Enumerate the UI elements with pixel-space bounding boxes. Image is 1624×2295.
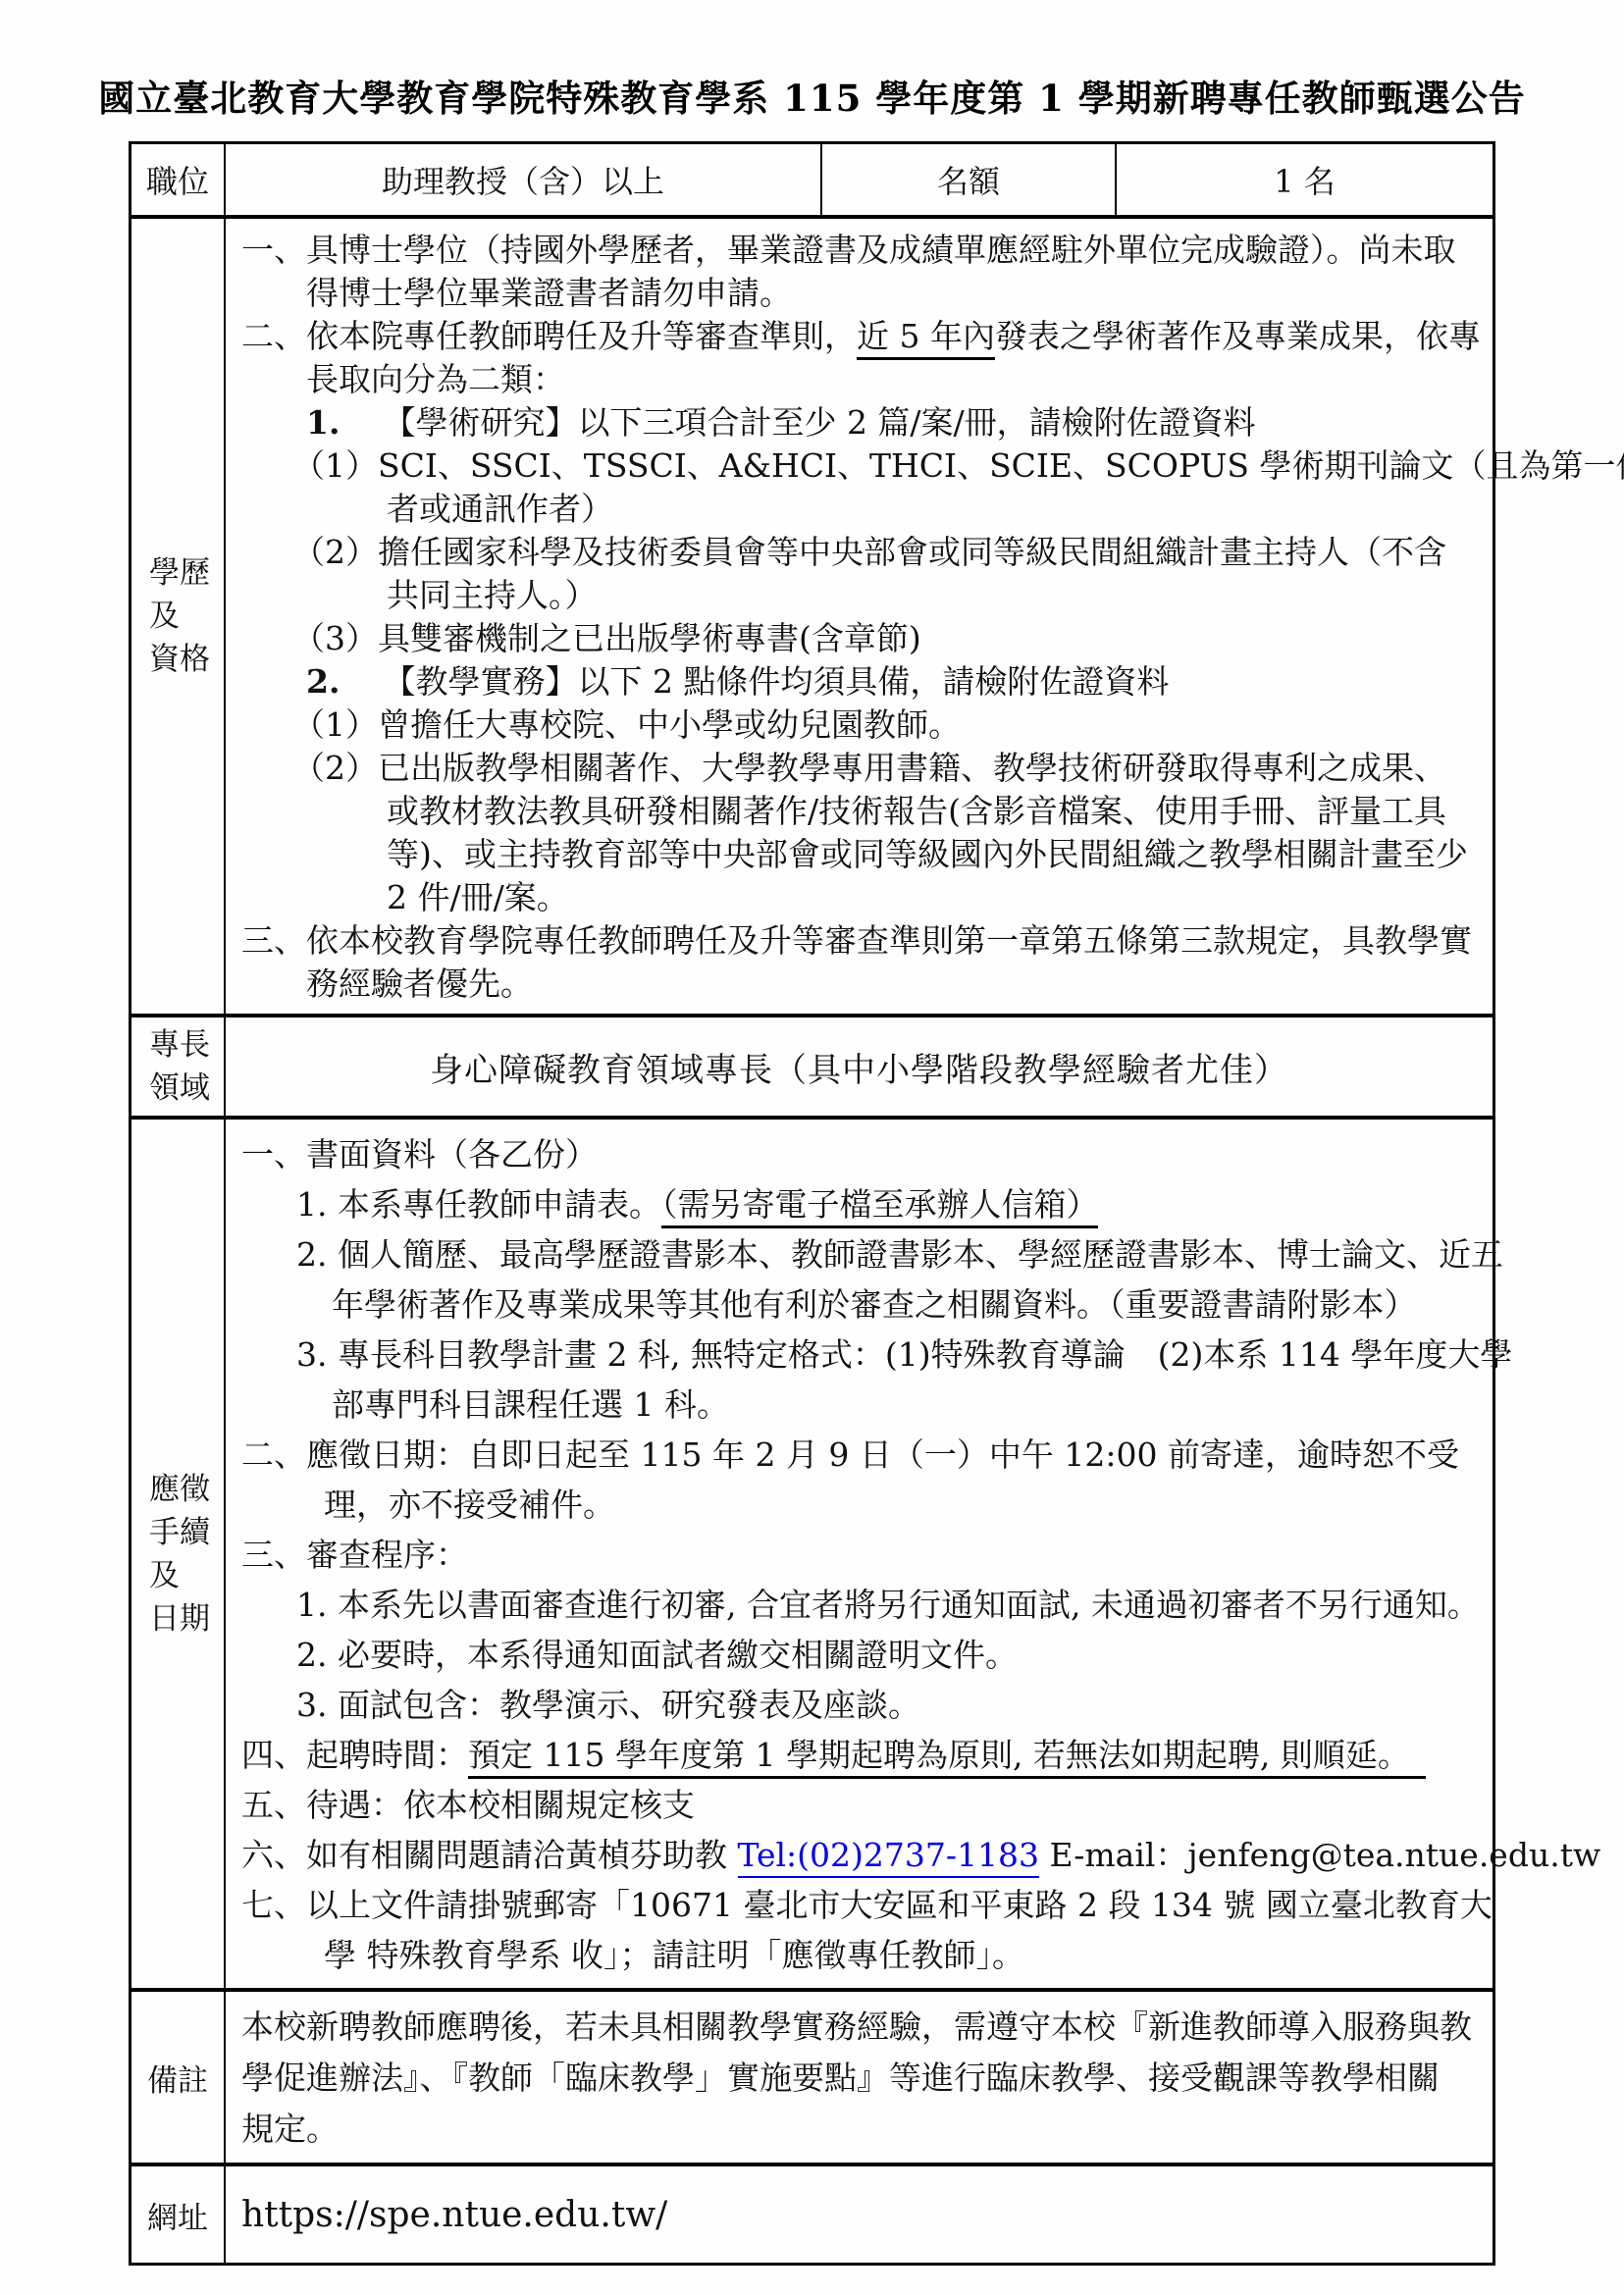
text-line: 五、待遇：依本校相關規定核支 (241, 1780, 1600, 1830)
text-segment: 等)、或主持教育部等中央部會或同等級國內外民間組織之教學相關計畫至少 (387, 835, 1468, 873)
text-segment: 年學術著作及專業成果等其他有利於審查之相關資料。（重要證書請附影本） (332, 1285, 1417, 1324)
text-line: 規定。 (241, 2104, 1479, 2155)
underlined-text: 預定 115 學年度第 1 學期起聘為原則, 若無法如期起聘, 則順延。 (468, 1736, 1426, 1779)
text-segment: 2. 必要時，本系得通知面試者繳交相關證明文件。 (296, 1636, 1018, 1674)
quota-label: 名額 (822, 144, 1117, 215)
announcement-table: 職位 助理教授（含）以上 名額 1 名 學歷及資格 一、具博士學位（持國外學歷者… (129, 141, 1495, 2266)
text-segment: 三、依本校教育學院專任教師聘任及升等審查準則第一章第五條第三款規定，具教學實 (241, 921, 1472, 960)
text-line: （3）具雙審機制之已出版學術專書(含章節) (292, 617, 1624, 660)
application-content: 一、書面資料（各乙份）1. 本系專任教師申請表。（需另寄電子檔至承辦人信箱）2.… (226, 1120, 1614, 1988)
specialty-label: 專長領域 (131, 1017, 226, 1116)
text-segment: 部專門科目課程任選 1 科。 (332, 1385, 729, 1424)
specialty-content: 身心障礙教育領域專長（具中小學階段教學經驗者尤佳） (226, 1017, 1493, 1116)
tel-link[interactable]: Tel:(02)2737-1183 (738, 1836, 1040, 1878)
text-line: 本校新聘教師應聘後，若未具相關教學實務經驗，需遵守本校『新進教師導入服務與教 (241, 2002, 1479, 2053)
text-segment: 七、以上文件請掛號郵寄「10671 臺北市大安區和平東路 2 段 134 號 國… (241, 1886, 1493, 1924)
text-segment: 者或通訊作者） (387, 490, 613, 528)
text-line: （1）曾擔任大專校院、中小學或幼兒園教師。 (292, 704, 1624, 747)
qualifications-row: 學歷及資格 一、具博士學位（持國外學歷者，畢業證書及成績單應經駐外單位完成驗證）… (131, 215, 1493, 1014)
text-line: 2.【教學實務】以下 2 點條件均須具備，請檢附佐證資料 (306, 660, 1624, 704)
text-segment: 二、依本院專任教師聘任及升等審查準則， (241, 317, 857, 355)
text-line: 三、審查程序： (241, 1530, 1600, 1580)
text-line: 3. 面試包含：教學演示、研究發表及座談。 (296, 1680, 1600, 1730)
position-value: 助理教授（含）以上 (226, 144, 822, 215)
text-segment: 2 件/冊/案。 (387, 878, 569, 916)
text-line: 者或通訊作者） (387, 488, 1624, 531)
text-segment: 3. 面試包含：教學演示、研究發表及座談。 (296, 1686, 920, 1724)
qualifications-content: 一、具博士學位（持國外學歷者，畢業證書及成績單應經駐外單位完成驗證）。尚未取得博… (226, 219, 1624, 1014)
text-segment: （1）曾擔任大專校院、中小學或幼兒園教師。 (292, 705, 961, 744)
text-segment: 一、具博士學位（持國外學歷者，畢業證書及成績單應經駐外單位完成驗證）。尚未取 (241, 231, 1456, 269)
text-line: （1）SCI、SSCI、TSSCI、A&HCI、THCI、SCIE、SCOPUS… (292, 444, 1624, 488)
text-line: 得博士學位畢業證書者請勿申請。 (306, 272, 1624, 315)
text-segment: 3. 專長科目教學計畫 2 科, 無特定格式：(1)特殊教育導論 (2)本系 1… (296, 1335, 1512, 1374)
text-line: 學促進辦法』、『教師「臨床教學」實施要點』等進行臨床教學、接受觀課等教學相關 (241, 2053, 1479, 2104)
text-segment: 1. 本系先以書面審查進行初審, 合宜者將另行通知面試, 未通過初審者不另行通知… (296, 1586, 1480, 1624)
label-line: 資格 (149, 638, 224, 681)
position-quota-row: 職位 助理教授（含）以上 名額 1 名 (131, 144, 1493, 215)
text-line: 部專門科目課程任選 1 科。 (332, 1380, 1600, 1430)
text-line: 1.【學術研究】以下三項合計至少 2 篇/案/冊，請檢附佐證資料 (306, 401, 1624, 444)
text-segment: 本校新聘教師應聘後，若未具相關教學實務經驗，需遵守本校『新進教師導入服務與教 (241, 2008, 1472, 2046)
text-segment: 理，亦不接受補件。 (324, 1486, 615, 1524)
text-segment: 學 特殊教育學系 收」；請註明「應徵專任教師」。 (324, 1936, 1024, 1974)
text-segment: 四、起聘時間： (241, 1736, 468, 1774)
text-line: 1. 本系先以書面審查進行初審, 合宜者將另行通知面試, 未通過初審者不另行通知… (296, 1580, 1600, 1630)
text-segment: 學促進辦法』、『教師「臨床教學」實施要點』等進行臨床教學、接受觀課等教學相關 (241, 2059, 1440, 2097)
text-segment: 【學術研究】以下三項合計至少 2 篇/案/冊，請檢附佐證資料 (383, 403, 1255, 442)
remarks-row: 備註 本校新聘教師應聘後，若未具相關教學實務經驗，需遵守本校『新進教師導入服務與… (131, 1988, 1493, 2163)
application-label: 應徵手續及日期 (131, 1120, 226, 1988)
text-segment: 得博士學位畢業證書者請勿申請。 (306, 274, 792, 312)
text-segment: （1）SCI、SSCI、TSSCI、A&HCI、THCI、SCIE、SCOPUS… (292, 446, 1624, 485)
text-line: 二、應徵日期：自即日起至 115 年 2 月 9 日（一）中午 12:00 前寄… (241, 1430, 1600, 1480)
text-segment: 2. (306, 662, 340, 701)
text-line: 長取向分為二類： (306, 358, 1624, 401)
page-title: 國立臺北教育大學教育學院特殊教育學系 115 學年度第 1 學期新聘專任教師甄選… (0, 0, 1624, 122)
text-segment: （2）已出版教學相關著作、大學教學專用書籍、教學技術研發取得專利之成果、 (292, 749, 1446, 787)
label-line: 專長 (149, 1023, 224, 1067)
text-segment: 規定。 (241, 2110, 339, 2148)
text-segment: 共同主持人。） (387, 576, 598, 614)
label-line: 手續 (149, 1511, 224, 1554)
text-line: 或教材教法教具研發相關著作/技術報告(含影音檔案、使用手冊、評量工具 (387, 790, 1624, 833)
text-line: 二、依本院專任教師聘任及升等審查準則，近 5 年內發表之學術著作及專業成果，依專 (241, 315, 1624, 358)
label-line: 領域 (149, 1067, 224, 1110)
text-line: （2）擔任國家科學及技術委員會等中央部會或同等級民間組織計畫主持人（不含 (292, 531, 1624, 574)
text-line: 六、如有相關問題請洽黃楨芬助教 Tel:(02)2737-1183 E-mail… (241, 1830, 1600, 1880)
text-segment: 二、應徵日期：自即日起至 115 年 2 月 9 日（一）中午 12:00 前寄… (241, 1435, 1459, 1474)
text-segment: 六、如有相關問題請洽黃楨芬助教 (241, 1836, 738, 1874)
text-segment: 1. 本系專任教師申請表。 (296, 1185, 661, 1224)
text-segment: 五、待遇：依本校相關規定核支 (241, 1786, 695, 1824)
label-line: 應徵 (149, 1468, 224, 1511)
label-line: 日期 (149, 1597, 224, 1641)
text-segment: 長取向分為二類： (306, 360, 565, 398)
underlined-text: 近 5 年內 (857, 317, 995, 360)
text-segment: 【教學實務】以下 2 點條件均須具備，請檢附佐證資料 (383, 662, 1169, 701)
label-line: 及 (149, 595, 224, 638)
website-url: https://spe.ntue.edu.tw/ (226, 2166, 1493, 2263)
text-segment: E-mail：jenfeng@tea.ntue.edu.tw (1039, 1836, 1600, 1874)
qualifications-label: 學歷及資格 (131, 219, 226, 1014)
label-line: 及 (149, 1554, 224, 1597)
text-line: 2 件/冊/案。 (387, 876, 1624, 919)
specialty-row: 專長領域 身心障礙教育領域專長（具中小學階段教學經驗者尤佳） (131, 1014, 1493, 1116)
text-line: （2）已出版教學相關著作、大學教學專用書籍、教學技術研發取得專利之成果、 (292, 747, 1624, 790)
text-line: 共同主持人。） (387, 574, 1624, 617)
text-segment: （2）擔任國家科學及技術委員會等中央部會或同等級民間組織計畫主持人（不含 (292, 533, 1446, 571)
remarks-label: 備註 (131, 1992, 226, 2163)
text-line: 學 特殊教育學系 收」；請註明「應徵專任教師」。 (324, 1930, 1600, 1980)
text-segment: 2. 個人簡歷、最高學歷證書影本、教師證書影本、學經歷證書影本、博士論文、近五 (296, 1235, 1503, 1274)
application-row: 應徵手續及日期 一、書面資料（各乙份）1. 本系專任教師申請表。（需另寄電子檔至… (131, 1116, 1493, 1988)
text-segment: 務經驗者優先。 (306, 965, 533, 1003)
website-label: 網址 (131, 2166, 226, 2263)
text-line: 七、以上文件請掛號郵寄「10671 臺北市大安區和平東路 2 段 134 號 國… (241, 1880, 1600, 1930)
label-line: 學歷 (149, 551, 224, 595)
text-line: 等)、或主持教育部等中央部會或同等級國內外民間組織之教學相關計畫至少 (387, 833, 1624, 876)
document-page: 國立臺北教育大學教育學院特殊教育學系 115 學年度第 1 學期新聘專任教師甄選… (0, 0, 1624, 2295)
position-label: 職位 (131, 144, 226, 215)
text-line: 理，亦不接受補件。 (324, 1480, 1600, 1530)
text-segment: （3）具雙審機制之已出版學術專書(含章節) (292, 619, 921, 657)
text-line: 三、依本校教育學院專任教師聘任及升等審查準則第一章第五條第三款規定，具教學實 (241, 919, 1624, 963)
text-line: 2. 個人簡歷、最高學歷證書影本、教師證書影本、學經歷證書影本、博士論文、近五 (296, 1229, 1600, 1279)
text-segment: 三、審查程序： (241, 1536, 468, 1574)
text-segment: 發表之學術著作及專業成果，依專 (995, 317, 1481, 355)
quota-value: 1 名 (1117, 144, 1493, 215)
text-segment: 一、書面資料（各乙份） (241, 1135, 598, 1174)
text-line: 年學術著作及專業成果等其他有利於審查之相關資料。（重要證書請附影本） (332, 1279, 1600, 1330)
text-line: 四、起聘時間：預定 115 學年度第 1 學期起聘為原則, 若無法如期起聘, 則… (241, 1730, 1600, 1780)
website-row: 網址 https://spe.ntue.edu.tw/ (131, 2163, 1493, 2263)
text-line: 2. 必要時，本系得通知面試者繳交相關證明文件。 (296, 1630, 1600, 1680)
text-segment: 1. (306, 403, 340, 442)
text-segment: 或教材教法教具研發相關著作/技術報告(含影音檔案、使用手冊、評量工具 (387, 792, 1446, 830)
text-line: 務經驗者優先。 (306, 963, 1624, 1006)
text-line: 一、具博士學位（持國外學歷者，畢業證書及成績單應經駐外單位完成驗證）。尚未取 (241, 229, 1624, 272)
underlined-text: （需另寄電子檔至承辦人信箱） (661, 1185, 1099, 1228)
text-line: 一、書面資料（各乙份） (241, 1129, 1600, 1179)
remarks-content: 本校新聘教師應聘後，若未具相關教學實務經驗，需遵守本校『新進教師導入服務與教學促… (226, 1992, 1493, 2163)
text-line: 1. 本系專任教師申請表。（需另寄電子檔至承辦人信箱） (296, 1179, 1600, 1229)
text-line: 3. 專長科目教學計畫 2 科, 無特定格式：(1)特殊教育導論 (2)本系 1… (296, 1330, 1600, 1380)
